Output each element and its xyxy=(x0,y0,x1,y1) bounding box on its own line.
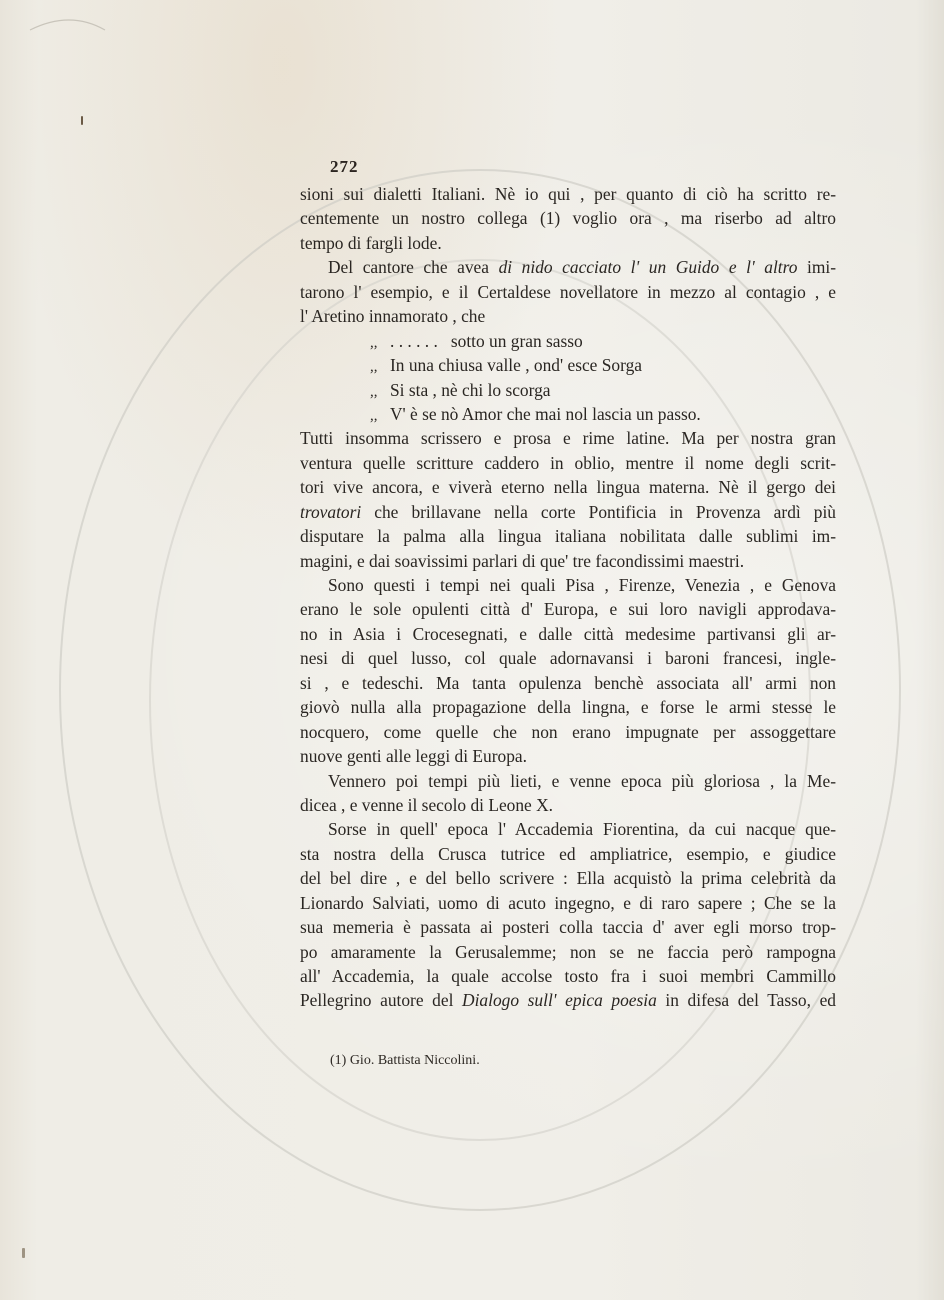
text-line: tempo di fargli lode. xyxy=(300,231,836,255)
text-line: nuove genti alle leggi di Europa. xyxy=(300,744,836,768)
text-line: si , e tedeschi. Ma tanta opulenza bench… xyxy=(300,671,836,695)
paper-speck xyxy=(81,116,83,125)
italic-word: trovatori xyxy=(300,502,361,522)
text-line: centemente un nostro collega (1) voglio … xyxy=(300,206,836,230)
text-line: trovatori che brillavane nella corte Pon… xyxy=(300,500,836,524)
text-line: sua memeria è passata ai posteri colla t… xyxy=(300,915,836,939)
text-line: sioni sui dialetti Italiani. Nè io qui ,… xyxy=(300,182,836,206)
text-line: tori vive ancora, e viverà eterno nella … xyxy=(300,475,836,499)
verse-line: ,,. . . . . . sotto un gran sasso xyxy=(300,329,836,353)
text-line: Lionardo Salviati, uomo di acuto ingegno… xyxy=(300,891,836,915)
text-line: giovò nulla alla propagazione della ling… xyxy=(300,695,836,719)
text-line: del bel dire , e del bello scrivere : El… xyxy=(300,866,836,890)
italic-title: Dialogo sull' epica poesia xyxy=(462,990,657,1010)
text-line: disputare la palma alla lingua italiana … xyxy=(300,524,836,548)
text-line: erano le sole opulenti città d' Europa, … xyxy=(300,597,836,621)
footnote: (1) Gio. Battista Niccolini. xyxy=(330,1053,480,1069)
quote-mark: ,, xyxy=(370,331,390,355)
text-line: Tutti insomma scrissero e prosa e rime l… xyxy=(300,426,836,450)
text-line: magini, e dai soavissimi parlari di que'… xyxy=(300,549,836,573)
text-line: l' Aretino innamorato , che xyxy=(300,304,836,328)
paragraph-line: Vennero poi tempi più lieti, e venne epo… xyxy=(300,769,836,793)
verse-line: ,,Si sta , nè chi lo scorga xyxy=(300,378,836,402)
quote-mark: ,, xyxy=(370,404,390,428)
text-line: no in Asia i Crocesegnati, e dalle città… xyxy=(300,622,836,646)
text-line: nocquero, come quelle che non erano impu… xyxy=(300,720,836,744)
verse-line: ,,In una chiusa valle , ond' esce Sorga xyxy=(300,353,836,377)
body-text: sioni sui dialetti Italiani. Nè io qui ,… xyxy=(300,182,836,1013)
text-line: Pellegrino autore del Dialogo sull' epic… xyxy=(300,988,836,1012)
text-line: tarono l' esempio, e il Certaldese novel… xyxy=(300,280,836,304)
page-number: 272 xyxy=(330,157,359,177)
text-line: dicea , e venne il secolo di Leone X. xyxy=(300,793,836,817)
paragraph-line: Del cantore che avea di nido cacciato l'… xyxy=(300,255,836,279)
text-line: all' Accademia, la quale accolse tosto f… xyxy=(300,964,836,988)
paragraph-line: Sono questi i tempi nei quali Pisa , Fir… xyxy=(300,573,836,597)
quote-mark: ,, xyxy=(370,380,390,404)
text-line: nesi di quel lusso, col quale adornavans… xyxy=(300,646,836,670)
text-line: ventura quelle scritture caddero in obli… xyxy=(300,451,836,475)
paper-speck xyxy=(22,1248,25,1258)
quote-mark: ,, xyxy=(370,355,390,379)
paragraph-line: Sorse in quell' epoca l' Accademia Fiore… xyxy=(300,817,836,841)
text-line: sta nostra della Crusca tutrice ed ampli… xyxy=(300,842,836,866)
verse-line: ,,V' è se nò Amor che mai nol lascia un … xyxy=(300,402,836,426)
italic-quote: di nido cacciato l' un Guido e l' altro xyxy=(499,257,798,277)
scanned-book-page: 272 sioni sui dialetti Italiani. Nè io q… xyxy=(0,0,944,1300)
text-line: po amaramente la Gerusalemme; non se ne … xyxy=(300,940,836,964)
